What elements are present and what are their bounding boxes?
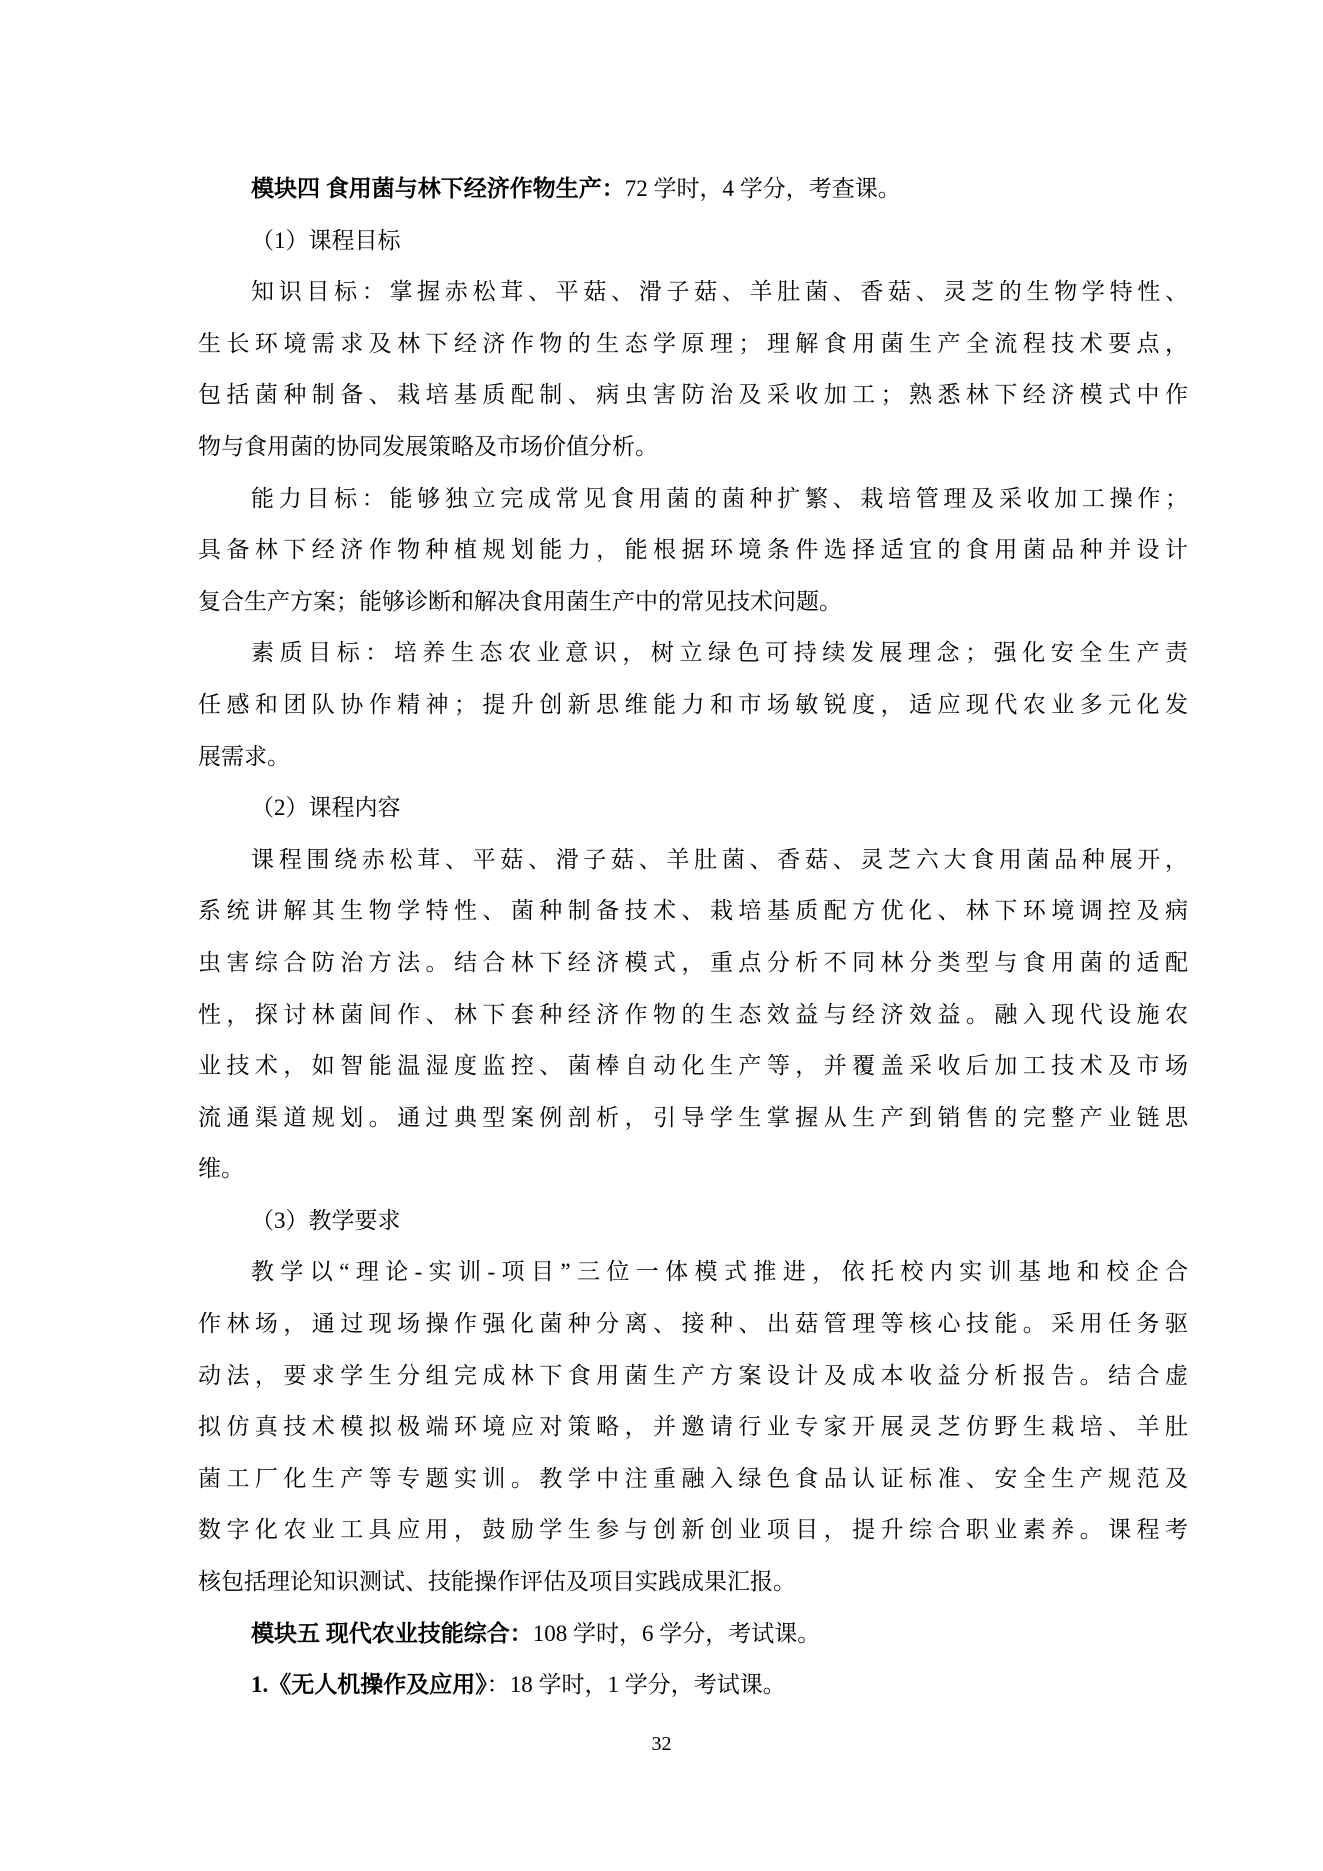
text-line: 菌工厂化生产等专题实训。教学中注重融入绿色食品认证标准、安全生产规范及 — [198, 1453, 1188, 1505]
text-line: 模块四 食用菌与林下经济作物生产：72 学时，4 学分，考查课。 — [198, 163, 1188, 215]
text-line: 系统讲解其生物学特性、菌种制备技术、栽培基质配方优化、林下环境调控及病 — [198, 885, 1188, 937]
text-line: 具备林下经济作物种植规划能力，能根据环境条件选择适宜的食用菌品种并设计 — [198, 524, 1188, 576]
text-segment: 系统讲解其生物学特性、菌种制备技术、栽培基质配方优化、林下环境调控及病 — [198, 898, 1188, 923]
text-segment: 教学以“理论-实训-项目”三位一体模式推进，依托校内实训基地和校企合 — [251, 1259, 1188, 1284]
text-line: 虫害综合防治方法。结合林下经济模式，重点分析不同林分类型与食用菌的适配 — [198, 937, 1188, 989]
text-line: 复合生产方案；能够诊断和解决食用菌生产中的常见技术问题。 — [198, 576, 1188, 628]
text-segment: 作林场，通过现场操作强化菌种分离、接种、出菇管理等核心技能。采用任务驱 — [198, 1311, 1188, 1336]
text-line: 任感和团队协作精神；提升创新思维能力和市场敏锐度，适应现代农业多元化发 — [198, 679, 1188, 731]
document-body: 模块四 食用菌与林下经济作物生产：72 学时，4 学分，考查课。（1）课程目标知… — [198, 163, 1188, 1711]
text-line: 数字化农业工具应用，鼓励学生参与创新创业项目，提升综合职业素养。课程考 — [198, 1504, 1188, 1556]
text-segment: 动法，要求学生分组完成林下食用菌生产方案设计及成本收益分析报告。结合虚 — [198, 1363, 1188, 1388]
text-segment: 72 学时，4 学分，考查课。 — [625, 176, 901, 201]
text-line: 知识目标：掌握赤松茸、平菇、滑子菇、羊肚菌、香菇、灵芝的生物学特性、 — [198, 266, 1188, 318]
text-segment: （2）课程内容 — [251, 795, 401, 820]
text-line: 流通渠道规划。通过典型案例剖析，引导学生掌握从生产到销售的完整产业链思 — [198, 1092, 1188, 1144]
text-line: 素质目标：培养生态农业意识，树立绿色可持续发展理念；强化安全生产责 — [198, 627, 1188, 679]
text-segment: 业技术，如智能温湿度监控、菌棒自动化生产等，并覆盖采收后加工技术及市场 — [198, 1053, 1188, 1078]
text-segment: 能力目标：能够独立完成常见食用菌的菌种扩繁、栽培管理及采收加工操作； — [251, 486, 1188, 511]
text-line: 能力目标：能够独立完成常见食用菌的菌种扩繁、栽培管理及采收加工操作； — [198, 473, 1188, 525]
text-segment: 包括菌种制备、栽培基质配制、病虫害防治及采收加工；熟悉林下经济模式中作 — [198, 382, 1188, 407]
text-segment: 具备林下经济作物种植规划能力，能根据环境条件选择适宜的食用菌品种并设计 — [198, 537, 1188, 562]
text-segment: 流通渠道规划。通过典型案例剖析，引导学生掌握从生产到销售的完整产业链思 — [198, 1105, 1188, 1130]
text-segment: 性，探讨林菌间作、林下套种经济作物的生态效益与经济效益。融入现代设施农 — [198, 1002, 1188, 1027]
text-line: 1.《无人机操作及应用》：18 学时，1 学分，考试课。 — [198, 1659, 1188, 1711]
text-segment: 生长环境需求及林下经济作物的生态学原理；理解食用菌生产全流程技术要点， — [198, 331, 1188, 356]
text-segment: 知识目标：掌握赤松茸、平菇、滑子菇、羊肚菌、香菇、灵芝的生物学特性、 — [251, 279, 1188, 304]
text-line: 维。 — [198, 1143, 1188, 1195]
text-line: 拟仿真技术模拟极端环境应对策略，并邀请行业专家开展灵芝仿野生栽培、羊肚 — [198, 1401, 1188, 1453]
text-segment: 素质目标：培养生态农业意识，树立绿色可持续发展理念；强化安全生产责 — [251, 640, 1188, 665]
text-line: 动法，要求学生分组完成林下食用菌生产方案设计及成本收益分析报告。结合虚 — [198, 1350, 1188, 1402]
text-line: 性，探讨林菌间作、林下套种经济作物的生态效益与经济效益。融入现代设施农 — [198, 989, 1188, 1041]
text-line: 业技术，如智能温湿度监控、菌棒自动化生产等，并覆盖采收后加工技术及市场 — [198, 1040, 1188, 1092]
text-segment: 任感和团队协作精神；提升创新思维能力和市场敏锐度，适应现代农业多元化发 — [198, 692, 1188, 717]
text-segment: 拟仿真技术模拟极端环境应对策略，并邀请行业专家开展灵芝仿野生栽培、羊肚 — [198, 1414, 1188, 1439]
text-line: 教学以“理论-实训-项目”三位一体模式推进，依托校内实训基地和校企合 — [198, 1246, 1188, 1298]
text-line: （1）课程目标 — [198, 215, 1188, 267]
text-segment: 物与食用菌的协同发展策略及市场价值分析。 — [198, 434, 658, 459]
text-line: 包括菌种制备、栽培基质配制、病虫害防治及采收加工；熟悉林下经济模式中作 — [198, 369, 1188, 421]
bold-text-segment: 1.《无人机操作及应用》 — [251, 1672, 487, 1697]
text-line: （2）课程内容 — [198, 782, 1188, 834]
text-segment: 菌工厂化生产等专题实训。教学中注重融入绿色食品认证标准、安全生产规范及 — [198, 1466, 1188, 1491]
text-segment: 108 学时，6 学分，考试课。 — [533, 1621, 821, 1646]
text-segment: （3）教学要求 — [251, 1208, 401, 1233]
document-page: 模块四 食用菌与林下经济作物生产：72 学时，4 学分，考查课。（1）课程目标知… — [0, 0, 1323, 1871]
bold-text-segment: 模块四 食用菌与林下经济作物生产： — [251, 176, 625, 201]
text-segment: 课程围绕赤松茸、平菇、滑子菇、羊肚菌、香菇、灵芝六大食用菌品种展开， — [251, 847, 1188, 872]
text-line: 物与食用菌的协同发展策略及市场价值分析。 — [198, 421, 1188, 473]
text-line: 课程围绕赤松茸、平菇、滑子菇、羊肚菌、香菇、灵芝六大食用菌品种展开， — [198, 834, 1188, 886]
text-segment: 复合生产方案；能够诊断和解决食用菌生产中的常见技术问题。 — [198, 589, 842, 614]
text-line: 核包括理论知识测试、技能操作评估及项目实践成果汇报。 — [198, 1556, 1188, 1608]
text-line: 作林场，通过现场操作强化菌种分离、接种、出菇管理等核心技能。采用任务驱 — [198, 1298, 1188, 1350]
bold-text-segment: 模块五 现代农业技能综合： — [251, 1621, 533, 1646]
text-line: 模块五 现代农业技能综合：108 学时，6 学分，考试课。 — [198, 1608, 1188, 1660]
text-line: 生长环境需求及林下经济作物的生态学原理；理解食用菌生产全流程技术要点， — [198, 318, 1188, 370]
text-segment: （1）课程目标 — [251, 228, 401, 253]
text-segment: 核包括理论知识测试、技能操作评估及项目实践成果汇报。 — [198, 1569, 796, 1594]
text-segment: 维。 — [198, 1156, 244, 1181]
page-number: 32 — [0, 1727, 1323, 1761]
text-segment: 虫害综合防治方法。结合林下经济模式，重点分析不同林分类型与食用菌的适配 — [198, 950, 1188, 975]
text-segment: 数字化农业工具应用，鼓励学生参与创新创业项目，提升综合职业素养。课程考 — [198, 1517, 1188, 1542]
text-segment: ：18 学时，1 学分，考试课。 — [487, 1672, 786, 1697]
text-line: 展需求。 — [198, 731, 1188, 783]
text-line: （3）教学要求 — [198, 1195, 1188, 1247]
text-segment: 展需求。 — [198, 744, 290, 769]
